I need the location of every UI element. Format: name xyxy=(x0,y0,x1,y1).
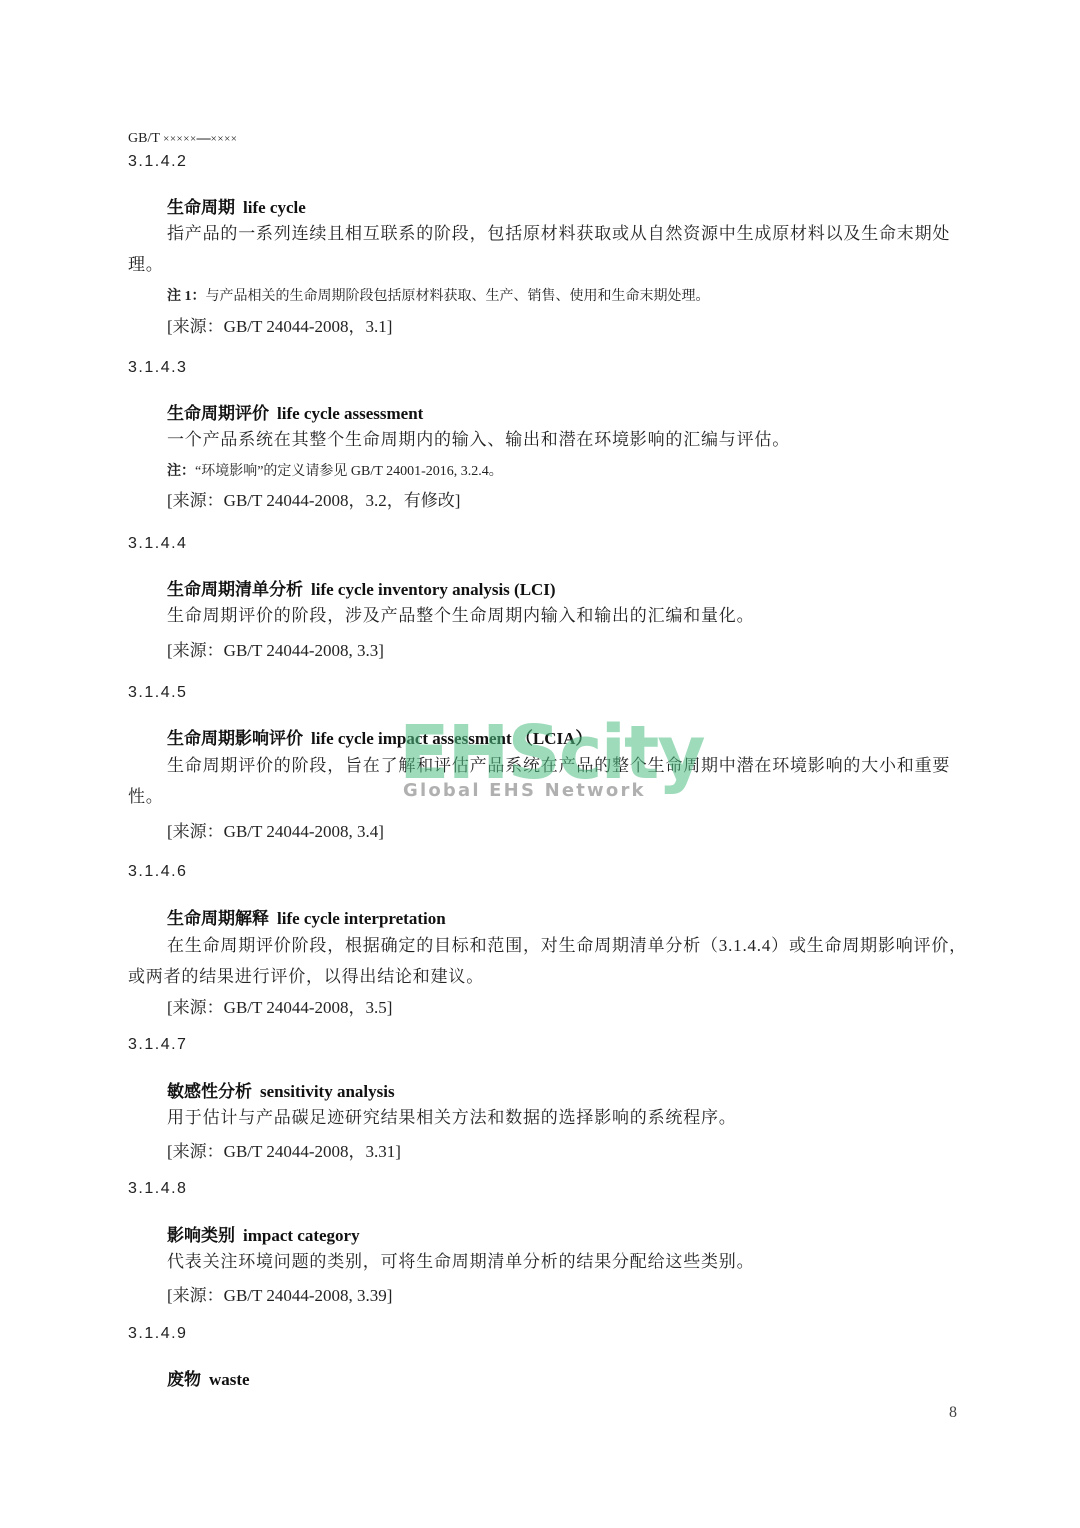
term-heading: 生命周期评价life cycle assessment xyxy=(167,399,423,424)
term-heading: 生命周期life cycle xyxy=(167,193,306,218)
term-definition: 在生命周期评价阶段，根据确定的目标和范围，对生命周期清单分析（3.1.4.4）或… xyxy=(128,930,980,992)
term-source: [来源：GB/T 24044-2008，3.5] xyxy=(167,993,392,1018)
term-en: life cycle inventory analysis (LCI) xyxy=(311,580,556,599)
page-number: 8 xyxy=(949,1404,957,1422)
standard-number-placeholder: ××××× xyxy=(163,133,197,145)
standard-year-placeholder: ×××× xyxy=(211,133,238,145)
clause-number: 3.1.4.8 xyxy=(128,1180,187,1198)
term-zh: 生命周期影响评价 xyxy=(167,729,303,748)
term-en: life cycle xyxy=(243,198,306,217)
standard-dash: — xyxy=(197,131,211,146)
term-definition: 用于估计与产品碳足迹研究结果相关方法和数据的选择影响的系统程序。 xyxy=(167,1102,987,1133)
term-definition: 一个产品系统在其整个生命周期内的输入、输出和潜在环境影响的汇编与评估。 xyxy=(167,424,987,455)
term-heading: 生命周期解释life cycle interpretation xyxy=(167,904,446,929)
term-en: life cycle interpretation xyxy=(277,909,446,928)
term-zh: 生命周期清单分析 xyxy=(167,580,303,599)
term-definition: 生命周期评价的阶段，涉及产品整个生命周期内输入和输出的汇编和量化。 xyxy=(167,600,987,631)
clause-number: 3.1.4.4 xyxy=(128,535,187,553)
term-source: [来源：GB/T 24044-2008, 3.3] xyxy=(167,636,384,661)
term-heading: 影响类别impact category xyxy=(167,1221,360,1246)
term-en: waste xyxy=(209,1370,250,1389)
term-zh: 生命周期解释 xyxy=(167,909,269,928)
term-heading: 敏感性分析sensitivity analysis xyxy=(167,1077,395,1102)
term-note: 注：“环境影响”的定义请参见 GB/T 24001-2016, 3.2.4。 xyxy=(167,460,503,480)
clause-number: 3.1.4.6 xyxy=(128,863,187,881)
note-text: “环境影响”的定义请参见 GB/T 24001-2016, 3.2.4。 xyxy=(195,464,503,479)
term-zh: 生命周期 xyxy=(167,198,235,217)
term-definition: 代表关注环境问题的类别，可将生命周期清单分析的结果分配给这些类别。 xyxy=(167,1246,987,1277)
term-note: 注 1：与产品相关的生命周期阶段包括原材料获取、生产、销售、使用和生命末期处理。 xyxy=(167,285,710,305)
term-heading: 生命周期清单分析life cycle inventory analysis (L… xyxy=(167,575,556,600)
term-source: [来源：GB/T 24044-2008，3.1] xyxy=(167,312,392,337)
term-en: impact category xyxy=(243,1226,360,1245)
term-zh: 影响类别 xyxy=(167,1226,235,1245)
term-en: life cycle assessment xyxy=(277,404,423,423)
term-zh: 生命周期评价 xyxy=(167,404,269,423)
term-source: [来源：GB/T 24044-2008，3.2，有修改] xyxy=(167,486,460,511)
term-source: [来源：GB/T 24044-2008，3.31] xyxy=(167,1137,401,1162)
clause-number: 3.1.4.2 xyxy=(128,153,187,171)
term-zh: 敏感性分析 xyxy=(167,1082,252,1101)
standard-code-header: GB/T ×××××—×××× xyxy=(128,130,238,148)
term-definition: 生命周期评价的阶段，旨在了解和评估产品系统在产品的整个生命周期中潜在环境影响的大… xyxy=(128,750,980,812)
note-label: 注： xyxy=(167,464,195,479)
clause-number: 3.1.4.3 xyxy=(128,359,187,377)
term-zh: 废物 xyxy=(167,1370,201,1389)
note-label: 注 1： xyxy=(167,289,206,304)
document-page: GB/T ×××××—×××× 3.1.4.2 生命周期life cycle 指… xyxy=(0,0,1080,1528)
term-heading: 生命周期影响评价life cycle impact assessment （LC… xyxy=(167,724,592,749)
clause-number: 3.1.4.9 xyxy=(128,1325,187,1343)
term-definition: 指产品的一系列连续且相互联系的阶段，包括原材料获取或从自然资源中生成原材料以及生… xyxy=(128,218,980,280)
note-text: 与产品相关的生命周期阶段包括原材料获取、生产、销售、使用和生命末期处理。 xyxy=(206,289,710,304)
term-en: sensitivity analysis xyxy=(260,1082,395,1101)
term-en: life cycle impact assessment （LCIA） xyxy=(311,729,592,748)
clause-number: 3.1.4.5 xyxy=(128,684,187,702)
clause-number: 3.1.4.7 xyxy=(128,1036,187,1054)
term-source: [来源：GB/T 24044-2008, 3.4] xyxy=(167,817,384,842)
term-source: [来源：GB/T 24044-2008, 3.39] xyxy=(167,1281,392,1306)
standard-prefix: GB/T xyxy=(128,131,163,146)
term-heading: 废物waste xyxy=(167,1365,250,1390)
